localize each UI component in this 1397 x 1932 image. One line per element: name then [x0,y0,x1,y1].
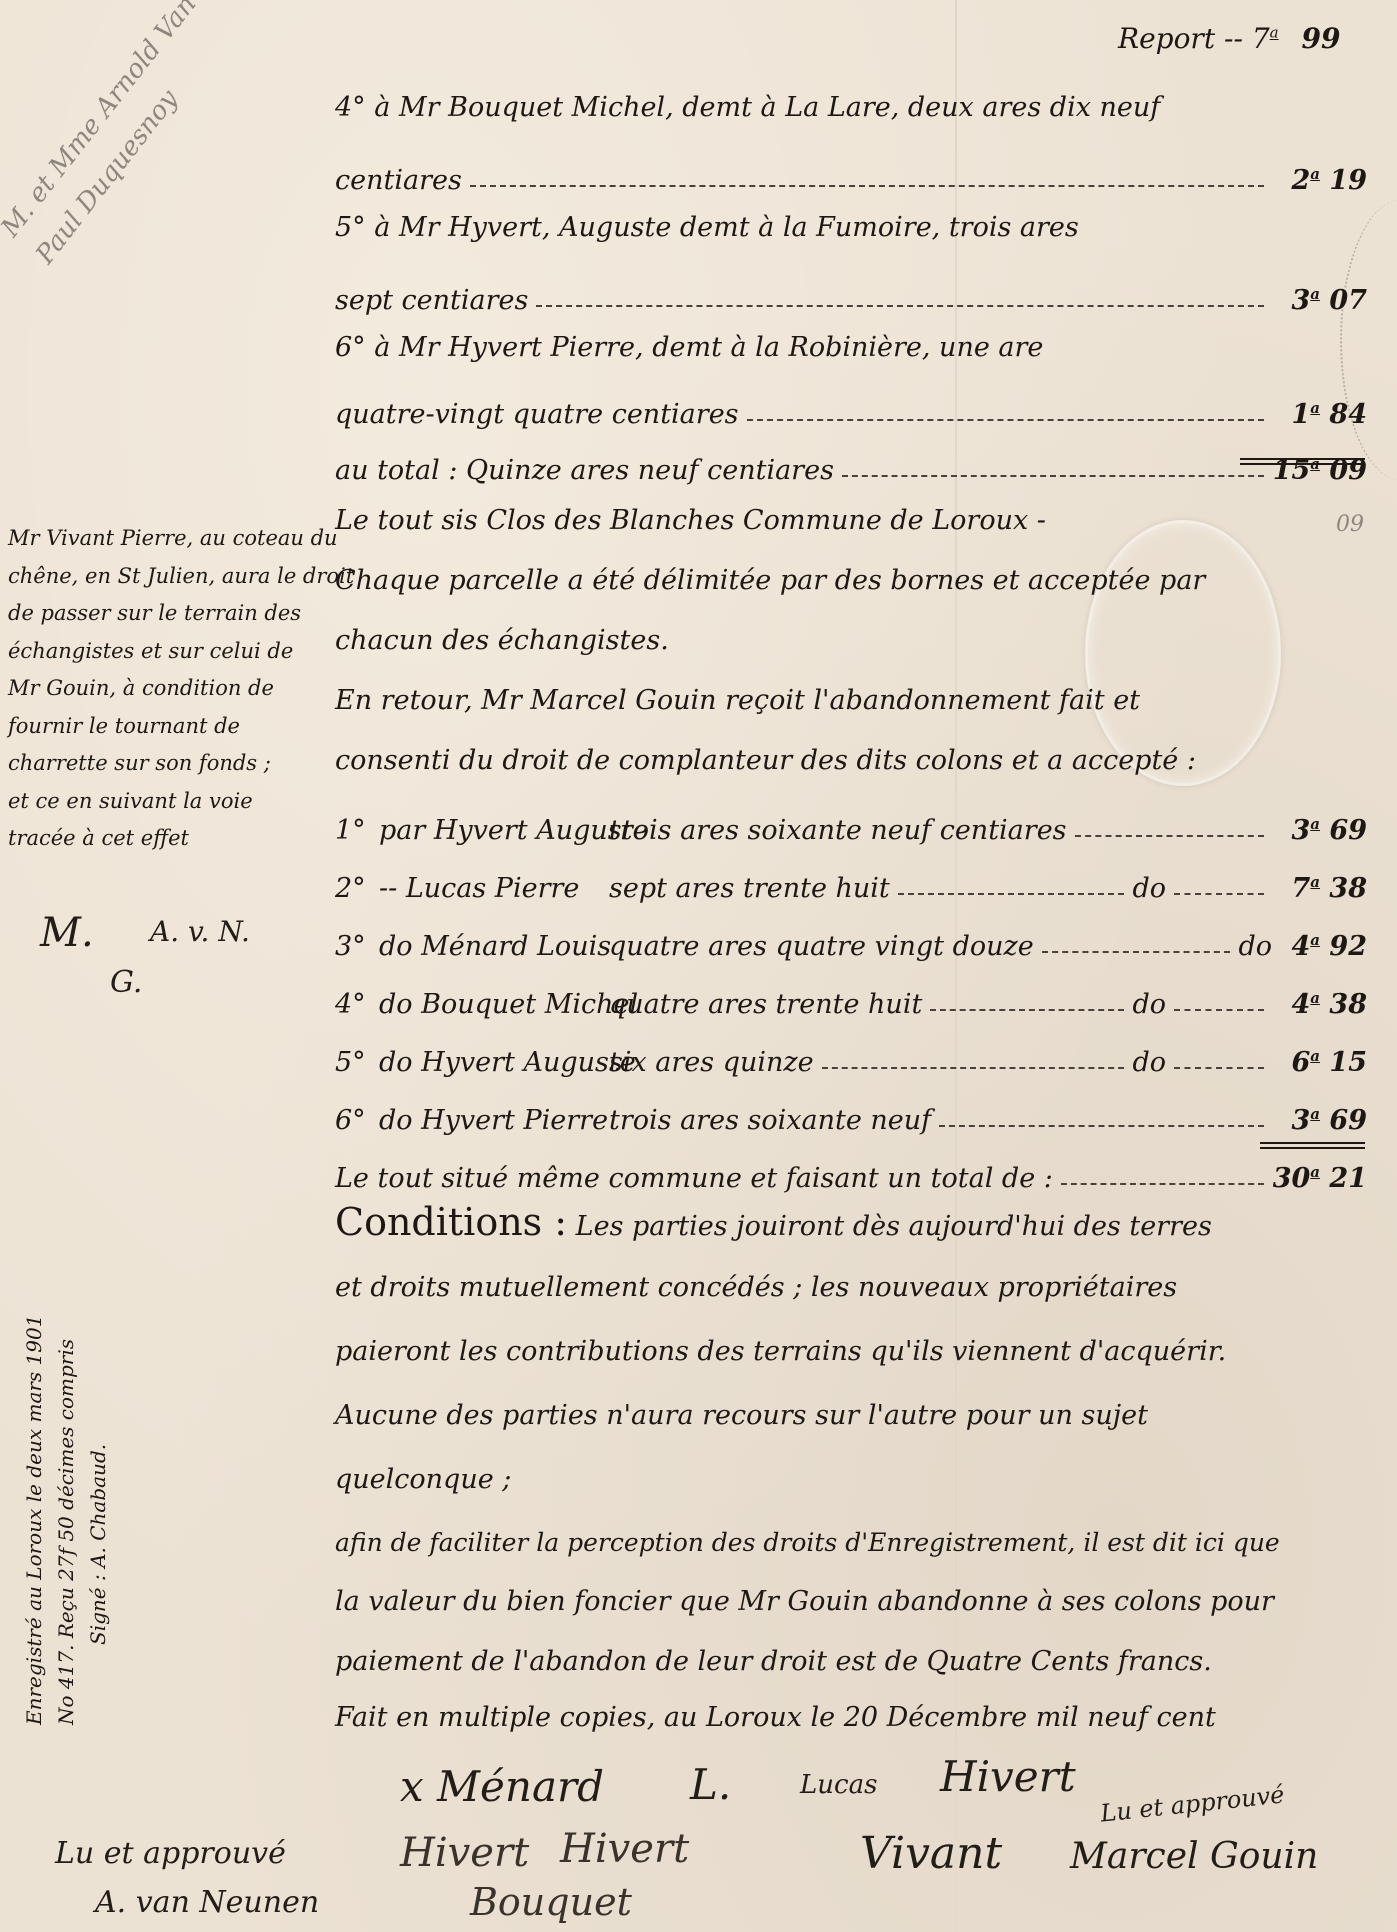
lot-text: à Mr Bouquet Michel, demt à La Lare, deu… [374,92,1160,123]
valuation-line-3: paiement de l'abandon de leur droit est … [335,1646,1212,1677]
approval-note-right: Lu et approuvé [1099,1780,1286,1827]
signature-l: L. [690,1760,731,1809]
lot-number: 4° [335,92,366,123]
initials-avn: A. v. N. [150,915,250,948]
valuation-line-4: Fait en multiple copies, au Loroux le 20… [335,1702,1216,1733]
delimitation-line-2: chacun des échangistes. [335,625,669,656]
lot-text-cont: quatre-vingt quatre centiares [335,399,739,430]
signature-hivert-3: Hivert [560,1826,689,1872]
total-area: 15a 09 [1272,455,1367,486]
lot-4-amount-line: centiares 2a 19 [335,150,1367,196]
conditions-line-4: Aucune des parties n'aura recours sur l'… [335,1400,1148,1431]
conditions-title: Conditions : [335,1200,567,1244]
retour-line-1: En retour, Mr Marcel Gouin reçoit l'aban… [335,685,1140,716]
lot-6-line: 6° à Mr Hyvert Pierre, demt à la Robiniè… [335,332,1043,363]
retour-line-2: consenti du droit de complanteur des dit… [335,745,1196,776]
initials-g: G. [110,965,142,1000]
lot-text-cont: centiares [335,165,462,196]
lot-area: 1a 84 [1272,399,1367,430]
carry-centiares: 99 [1302,22,1341,55]
lot-text: à Mr Hyvert Pierre, demt à la Robinière,… [374,332,1043,363]
dotted-leader [536,305,1264,307]
lot2-row-1: 1° par Hyvert Auguste trois ares soixant… [335,800,1367,846]
signature-hivert-2: Hivert [400,1830,529,1876]
lot-text: à Mr Hyvert, Auguste demt à la Fumoire, … [374,212,1078,243]
signature-marcel-gouin: Marcel Gouin [1070,1836,1318,1877]
lot-area: 2a 19 [1272,165,1367,196]
margin-note-right-of-way: Mr Vivant Pierre, au coteau du chêne, en… [8,520,328,858]
signature-lucas: Lucas [800,1770,877,1800]
pencil-check-value: 09 [1336,512,1364,537]
valuation-line-1: afin de faciliter la perception des droi… [335,1528,1280,1557]
lot-6-amount-line: quatre-vingt quatre centiares 1a 84 [335,384,1367,430]
lot-area: 3a 07 [1272,285,1367,316]
lot2-row-4: 4° do Bouquet Michel quatre ares trente … [335,974,1367,1020]
lot-5-amount-line: sept centiares 3a 07 [335,270,1367,316]
lot2-row-2: 2° -- Lucas Pierre sept ares trente huit… [335,858,1367,904]
lot-5-line: 5° à Mr Hyvert, Auguste demt à la Fumoir… [335,212,1079,243]
carry-ares: 7 [1252,22,1270,55]
total-text: Le tout situé même commune et faisant un… [335,1163,1053,1194]
location-line: Le tout sis Clos des Blanches Commune de… [335,505,1046,536]
signature-hivert-1: Hivert [940,1752,1076,1801]
lot2-row-6: 6° do Hyvert Pierre trois ares soixante … [335,1090,1367,1136]
lot-number: 5° [335,212,366,243]
initials-m: M. [40,910,94,956]
pencil-note-top-left: M. et Mme Arnold Van Nerman Paul Duquesn… [0,0,314,274]
signature-bouquet: Bouquet [470,1880,632,1924]
conditions-line-3: paieront les contributions des terrains … [335,1336,1226,1367]
delimitation-line-1: Chaque parcelle a été délimitée par des … [335,565,1205,596]
signature-menard: x Ménard [400,1762,604,1811]
total-area: 30a 21 [1272,1163,1367,1194]
conditions-line-1: Conditions : Les parties jouiront dès au… [335,1200,1212,1244]
carry-over-header: Report -- 7a 99 [1118,22,1340,55]
valuation-line-2: la valeur du bien foncier que Mr Gouin a… [335,1586,1274,1617]
lot-number: 6° [335,332,366,363]
registration-note: Enregistré au Loroux le deux mars 1901 N… [18,1315,114,1725]
lot2-row-5: 5° do Hyvert Auguste six ares quinze do … [335,1032,1367,1078]
conditions-line-2: et droits mutuellement concédés ; les no… [335,1272,1177,1303]
lot-text-cont: sept centiares [335,285,528,316]
approval-note-left: Lu et approuvé [55,1836,286,1871]
stamp-outline [1340,200,1397,480]
signature-van-neunen: A. van Neunen [95,1885,319,1920]
total-1-line: au total : Quinze ares neuf centiares 15… [335,440,1367,486]
lot-4-line: 4° à Mr Bouquet Michel, demt à La Lare, … [335,92,1160,123]
document-page: M. et Mme Arnold Van Nerman Paul Duquesn… [0,0,1397,1932]
carry-label: Report [1118,22,1215,55]
dotted-leader [842,475,1264,477]
dotted-leader [747,419,1264,421]
lot2-row-3: 3° do Ménard Louis quatre ares quatre vi… [335,916,1367,962]
total-text: au total : Quinze ares neuf centiares [335,455,834,486]
signature-vivant: Vivant [860,1828,1002,1879]
total-2-line: Le tout situé même commune et faisant un… [335,1148,1367,1194]
dotted-leader [470,185,1264,187]
conditions-line-5: quelconque ; [335,1464,511,1495]
